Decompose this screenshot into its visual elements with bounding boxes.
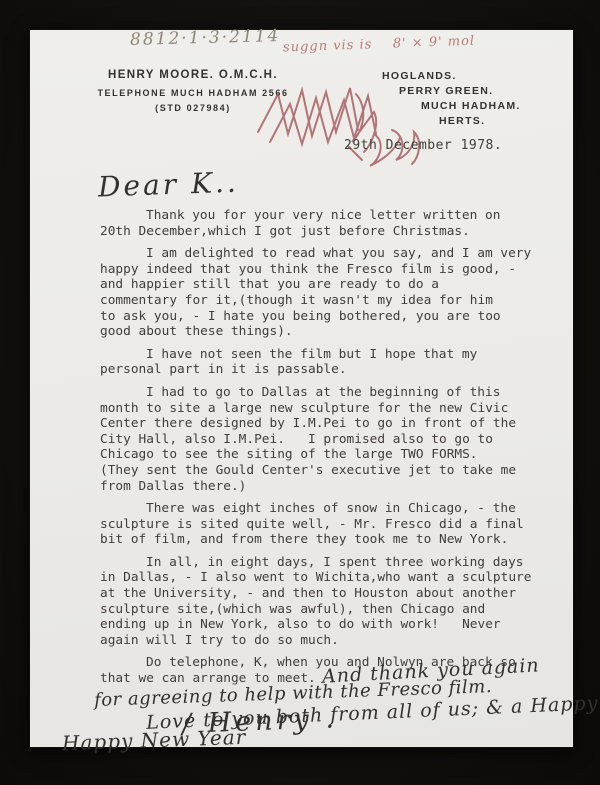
- red-ink-scribble: [252, 68, 437, 178]
- letter-date: 29th December 1978.: [344, 138, 502, 153]
- paragraph: In all, in eight days, I spent three wor…: [100, 555, 550, 649]
- red-ink-annotation: suggn vis is 8' × 9' mol: [283, 34, 476, 56]
- letter-paper: 8812·1·3·2114 suggn vis is 8' × 9' mol H…: [30, 30, 573, 747]
- letter-body: Thank you for your very nice letter writ…: [100, 208, 550, 694]
- signature: / Henry .: [182, 703, 339, 739]
- salutation: Dear K..: [97, 166, 239, 204]
- pencil-archive-number: 8812·1·3·2114: [130, 26, 281, 50]
- scanned-letter-photo: { "annotations": { "pencil_number": "881…: [0, 0, 600, 785]
- paragraph: There was eight inches of snow in Chicag…: [100, 501, 550, 548]
- paragraph: I am delighted to read what you say, and…: [100, 246, 550, 340]
- paragraph: I have not seen the film but I hope that…: [100, 347, 550, 378]
- paragraph: Thank you for your very nice letter writ…: [100, 208, 550, 239]
- paragraph: I had to go to Dallas at the beginning o…: [100, 385, 550, 494]
